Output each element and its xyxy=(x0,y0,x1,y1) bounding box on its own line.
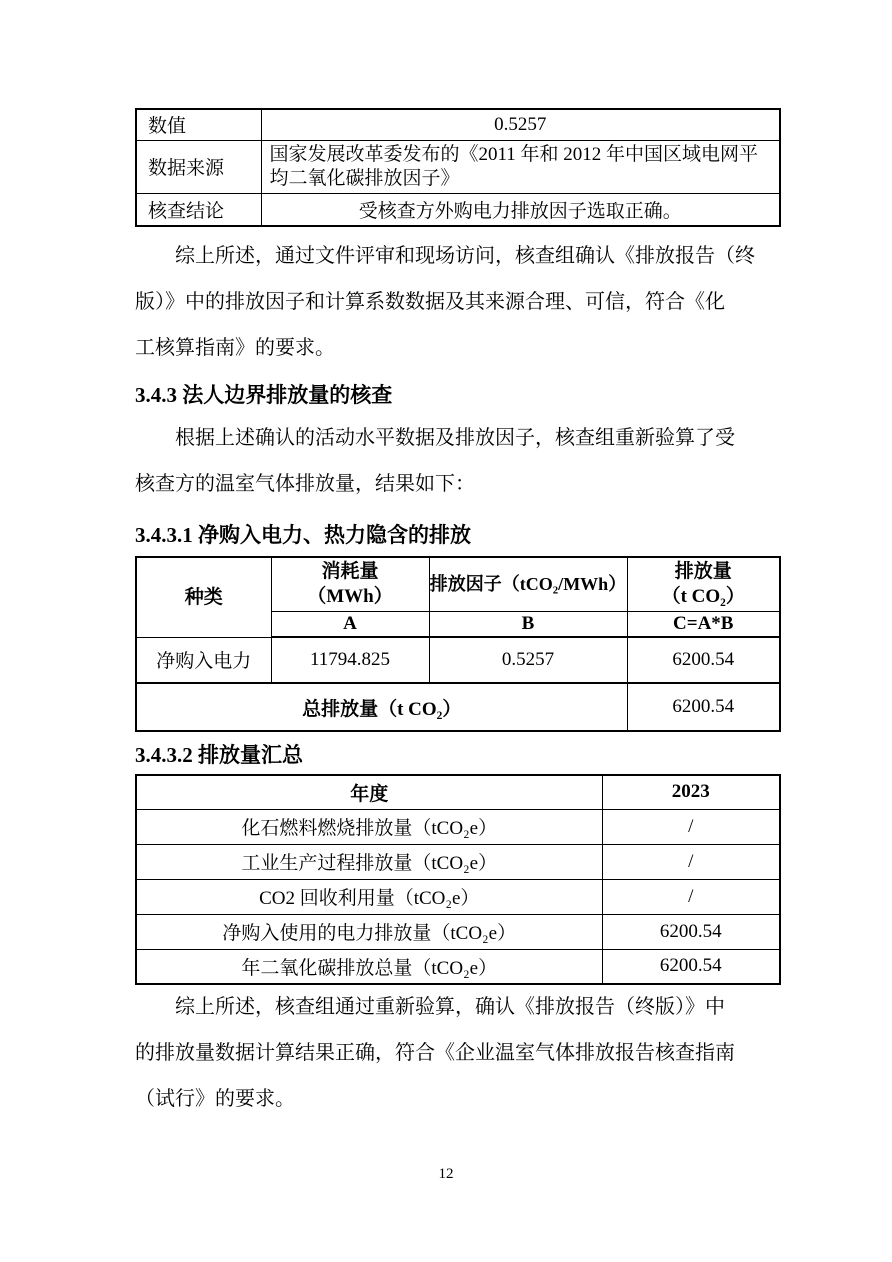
row-label: 净购入使用的电力排放量（tCO₂e） xyxy=(136,914,602,949)
cell-emission: 6200.54 xyxy=(627,637,780,683)
section-heading-343: 3.4.3 法人边界排放量的核查 xyxy=(135,380,392,410)
row-label: 数值 xyxy=(136,109,261,140)
row-value: / xyxy=(602,879,780,914)
paragraph-line: 综上所述，核查组通过重新验算，确认《排放报告（终版）》中 xyxy=(135,984,783,1030)
col-header-type: 种类 xyxy=(136,557,271,637)
row-label: CO2 回收利用量（tCO₂e） xyxy=(136,879,602,914)
table-row: 工业生产过程排放量（tCO₂e） / xyxy=(136,844,780,879)
table-row: 年二氧化碳排放总量（tCO₂e） 6200.54 xyxy=(136,949,780,984)
table-row: 核查结论 受核查方外购电力排放因子选取正确。 xyxy=(136,193,780,226)
table-total-row: 总排放量（t CO₂） 6200.54 xyxy=(136,683,780,731)
paragraph-line: 综上所述，通过文件评审和现场访问，核查组确认《排放报告（终 xyxy=(135,233,783,279)
paragraph-line: 的排放量数据计算结果正确，符合《企业温室气体排放报告核查指南 xyxy=(135,1030,783,1076)
subheader-c: C=A*B xyxy=(627,611,780,637)
cell-factor: 0.5257 xyxy=(429,637,627,683)
emission-summary-table: 年度 2023 化石燃料燃烧排放量（tCO₂e） / 工业生产过程排放量（tCO… xyxy=(135,774,781,985)
emission-factor-table: 数值 0.5257 数据来源 国家发展改革委发布的《2011 年和 2012 年… xyxy=(135,108,781,227)
table-row: 净购入电力 11794.825 0.5257 6200.54 xyxy=(136,637,780,683)
paragraph-line: 版）》中的排放因子和计算系数数据及其来源合理、可信，符合《化 xyxy=(135,279,783,325)
section-heading-3431: 3.4.3.1 净购入电力、热力隐含的排放 xyxy=(135,520,471,550)
cell-consumption: 11794.825 xyxy=(271,637,429,683)
table-row: 数据来源 国家发展改革委发布的《2011 年和 2012 年中国区域电网平均二氧… xyxy=(136,140,780,193)
paragraph-line: （试行》的要求。 xyxy=(135,1076,783,1122)
row-value: / xyxy=(602,844,780,879)
paragraph-conclusion-factors: 综上所述，通过文件评审和现场访问，核查组确认《排放报告（终 版）》中的排放因子和… xyxy=(135,233,783,371)
paragraph-recalculation-intro: 根据上述确认的活动水平数据及排放因子，核查组重新验算了受 核查方的温室气体排放量… xyxy=(135,415,783,507)
paragraph-line: 核查方的温室气体排放量，结果如下： xyxy=(135,461,783,507)
electricity-emission-table: 种类 消耗量 （MWh） 排放因子（tCO₂/MWh） 排放量 （t CO₂） … xyxy=(135,556,781,732)
row-value: 国家发展改革委发布的《2011 年和 2012 年中国区域电网平均二氧化碳排放因… xyxy=(261,140,780,193)
table-header-row: 年度 2023 xyxy=(136,775,780,809)
paragraph-conclusion-emissions: 综上所述，核查组通过重新验算，确认《排放报告（终版）》中 的排放量数据计算结果正… xyxy=(135,984,783,1122)
table-row: 净购入使用的电力排放量（tCO₂e） 6200.54 xyxy=(136,914,780,949)
table-header-row: 种类 消耗量 （MWh） 排放因子（tCO₂/MWh） 排放量 （t CO₂） xyxy=(136,557,780,611)
paragraph-line: 根据上述确认的活动水平数据及排放因子，核查组重新验算了受 xyxy=(135,415,783,461)
col-header-year: 年度 xyxy=(136,775,602,809)
row-label: 核查结论 xyxy=(136,193,261,226)
row-label: 数据来源 xyxy=(136,140,261,193)
row-value: 0.5257 xyxy=(261,109,780,140)
row-label: 化石燃料燃烧排放量（tCO₂e） xyxy=(136,809,602,844)
total-value: 6200.54 xyxy=(627,683,780,731)
page-number: 12 xyxy=(0,1164,892,1184)
table-row: 数值 0.5257 xyxy=(136,109,780,140)
paragraph-line: 工核算指南》的要求。 xyxy=(135,325,783,371)
row-value: / xyxy=(602,809,780,844)
row-label: 年二氧化碳排放总量（tCO₂e） xyxy=(136,949,602,984)
col-header-emission: 排放量 （t CO₂） xyxy=(627,557,780,611)
cell-type: 净购入电力 xyxy=(136,637,271,683)
row-value: 6200.54 xyxy=(602,914,780,949)
row-value: 受核查方外购电力排放因子选取正确。 xyxy=(261,193,780,226)
table-row: 化石燃料燃烧排放量（tCO₂e） / xyxy=(136,809,780,844)
col-header-year-value: 2023 xyxy=(602,775,780,809)
subheader-a: A xyxy=(271,611,429,637)
table-row: CO2 回收利用量（tCO₂e） / xyxy=(136,879,780,914)
subheader-b: B xyxy=(429,611,627,637)
col-header-factor: 排放因子（tCO₂/MWh） xyxy=(429,557,627,611)
document-page: 数值 0.5257 数据来源 国家发展改革委发布的《2011 年和 2012 年… xyxy=(0,0,892,1262)
section-heading-3432: 3.4.3.2 排放量汇总 xyxy=(135,740,303,770)
row-label: 工业生产过程排放量（tCO₂e） xyxy=(136,844,602,879)
total-label: 总排放量（t CO₂） xyxy=(136,683,627,731)
row-value: 6200.54 xyxy=(602,949,780,984)
col-header-consumption: 消耗量 （MWh） xyxy=(271,557,429,611)
